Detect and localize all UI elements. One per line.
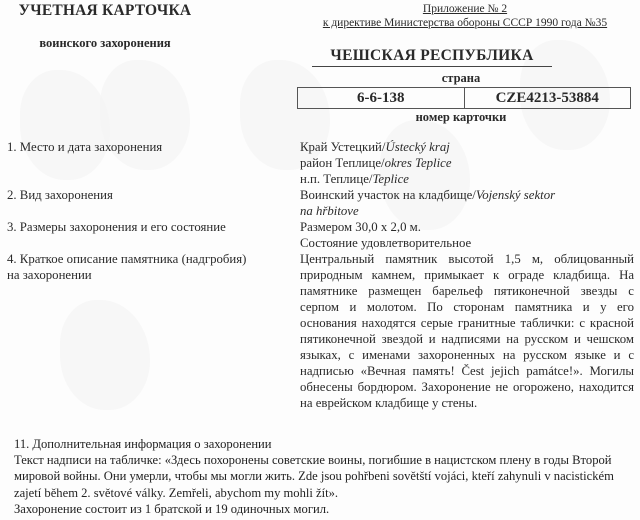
appendix-line-1: Приложение № 2 [423,3,507,15]
country-label: страна [296,71,626,86]
card-number-label: номер карточки [296,110,626,125]
additional-heading: 11. Дополнительная информация о захороне… [14,436,634,452]
inscription-text: Текст надписи на табличке: «Здесь похоро… [14,452,634,501]
field-label-place: 1. Место и дата захоронения [7,139,292,155]
place-region: Край Устецкий/Ústecký kraj [300,139,634,155]
document-title: УЧЕТНАЯ КАРТОЧКА [0,2,210,20]
size-condition: Состояние удовлетворительное [300,235,634,251]
appendix-line-2: к директиве Министерства обороны СССР 19… [323,17,607,29]
watermark-shape [20,70,110,180]
field-label-monument: 4. Краткое описание памятника (надгробия… [7,251,292,283]
type-line: Воинский участок на кладбище/Vojenský se… [300,187,634,203]
field-value-monument: Центральный памятник высотой 1,5 м, обли… [300,251,634,411]
graves-summary: Захоронение состоит из 1 братской и 19 о… [14,501,634,517]
card-number-box: 6-6-138 CZE4213-53884 [297,87,631,109]
watermark-shape [60,300,150,410]
monument-label-line: 4. Краткое описание памятника (надгробия… [7,251,292,267]
field-value-size: Размером 30,0 х 2,0 м. Состояние удовлет… [300,219,634,251]
place-locality: н.п. Теплице/Teplice [300,171,634,187]
card-number-international: CZE4213-53884 [464,88,631,108]
field-value-type: Воинский участок на кладбище/Vojenský se… [300,187,634,219]
monument-label-line: на захоронении [7,267,292,283]
type-line: na hřbitove [300,203,634,219]
field-label-size: 3. Размеры захоронения и его состояние [7,219,292,235]
field-label-type: 2. Вид захоронения [7,187,292,203]
card-number-local: 6-6-138 [298,88,464,108]
place-district: район Теплице/okres Teplice [300,155,634,171]
document-subtitle: воинского захоронения [0,36,210,51]
country-name: ЧЕШСКАЯ РЕСПУБЛИКА [312,47,552,67]
additional-info: 11. Дополнительная информация о захороне… [14,436,634,517]
field-value-place: Край Устецкий/Ústecký kraj район Теплице… [300,139,634,187]
size-dimensions: Размером 30,0 х 2,0 м. [300,219,634,235]
appendix-reference: Приложение № 2 к директиве Министерства … [290,2,640,30]
